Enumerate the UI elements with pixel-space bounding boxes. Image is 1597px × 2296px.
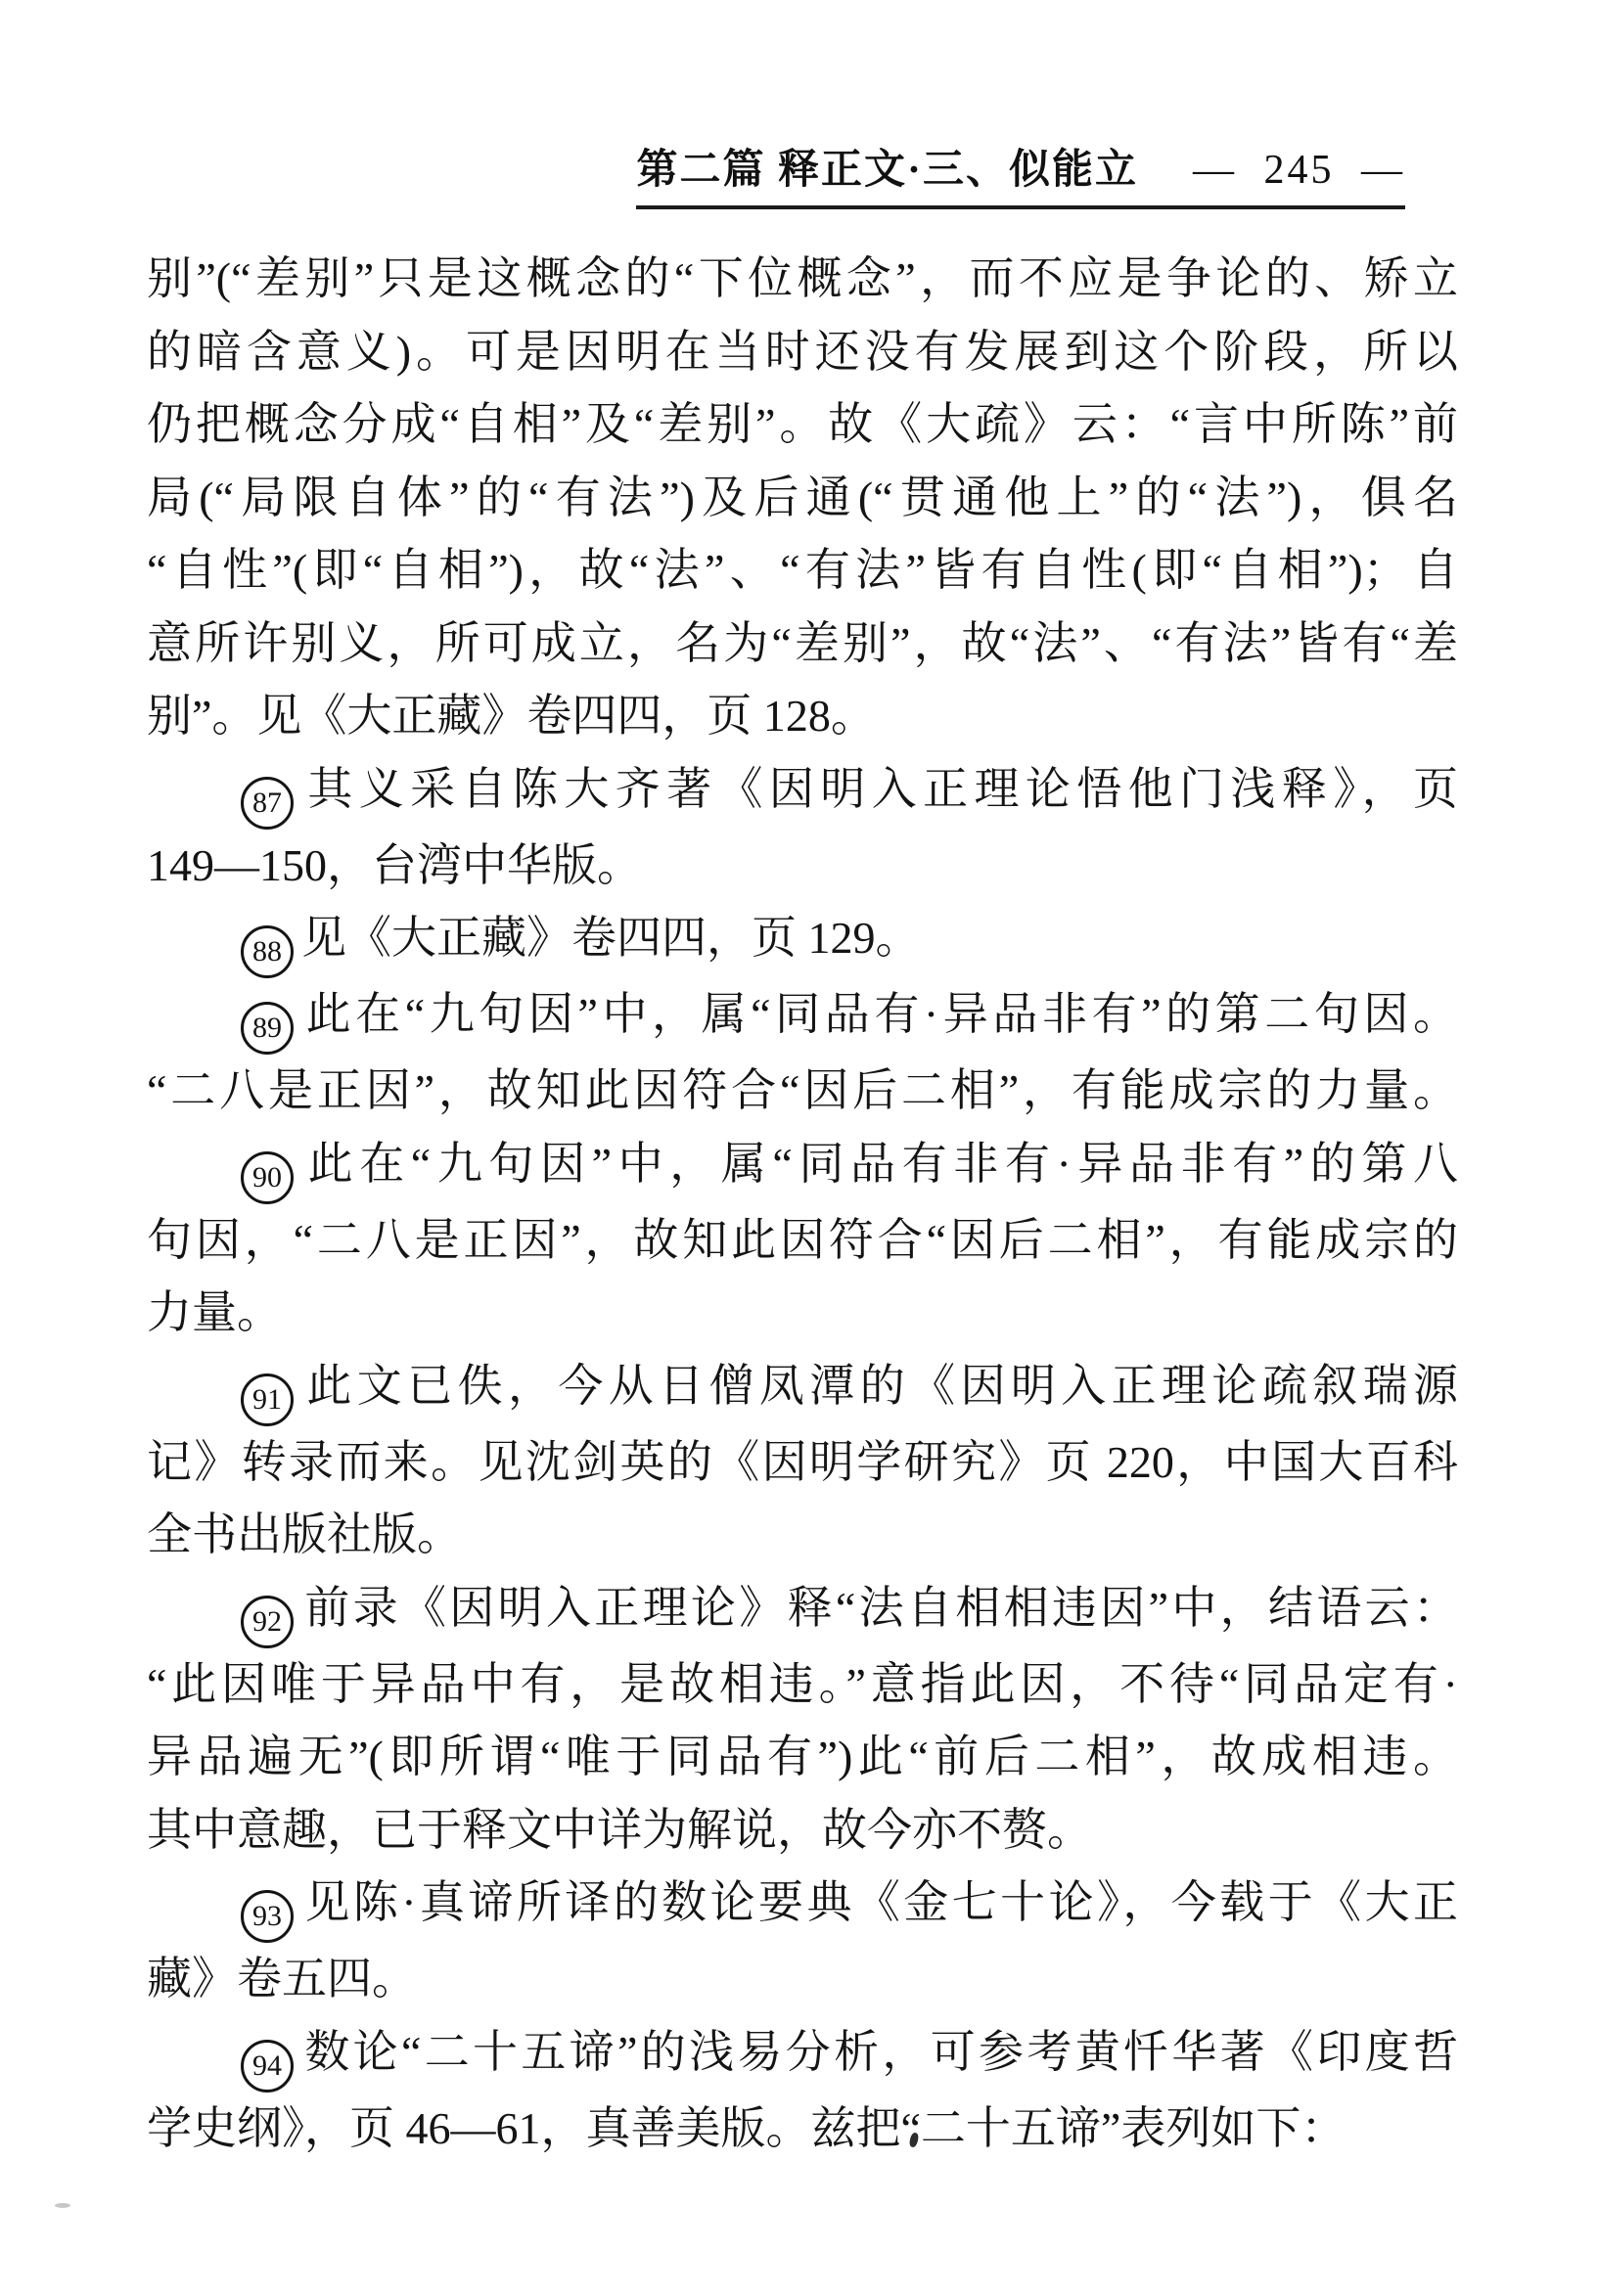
footnote-text: 见《大正藏》卷四四，页 129。 [301,913,921,963]
footnote-number: 93 [241,1890,294,1943]
footnote-text: 前录《因明入正理论》释“法自相相违因”中，结语云： [301,1583,1458,1633]
text-line: 其中意趣，已于释文中详为解说，故今亦不赘。 [147,1794,1458,1868]
footnote-line: 91此文已佚，今从日僧凤潭的《因明入正理论疏叙瑞源 [147,1350,1458,1426]
footnote-line: 90此在“九句因”中，属“同品有非有·异品非有”的第八 [147,1128,1458,1204]
footnote-text: 此在“九句因”中，属“同品有非有·异品非有”的第八 [301,1139,1458,1189]
footnote-text: 此在“九句因”中，属“同品有·异品非有”的第二句因。 [301,989,1458,1039]
footnote-line: 92前录《因明入正理论》释“法自相相违因”中，结语云： [147,1572,1458,1648]
text-line: 记》转录而来。见沈剑英的《因明学研究》页 220，中国大百科 [147,1426,1458,1500]
page-number: — 245 — [1193,148,1405,193]
text-line: 句因，“二八是正因”，故知此因符合“因后二相”，有能成宗的 [147,1204,1458,1278]
footnote-line: 89此在“九句因”中，属“同品有·异品非有”的第二句因。 [147,978,1458,1055]
page-header: 第二篇 释正文·三、似能立— 245 — [636,147,1405,209]
footnote-line: 87其义采自陈大齐著《因明入正理论悟他门浅释》，页 [147,753,1458,830]
text-line: 别”(“差别”只是这概念的“下位概念”，而不应是争论的、矫立 [147,243,1458,316]
footnote-text: 见陈·真谛所译的数论要典《金七十论》，今载于《大正 [301,1877,1458,1927]
text-line: 异品遍无”(即所谓“唯于同品有”)此“前后二相”，故成相违。 [147,1721,1458,1794]
footnote-number: 89 [241,1002,294,1055]
header-title: 第二篇 释正文·三、似能立 [636,148,1138,193]
text-line: 的暗含意义)。可是因明在当时还没有发展到这个阶段，所以 [147,316,1458,389]
text-line: “此因唯于异品中有，是故相违。”意指此因，不待“同品定有· [147,1648,1458,1722]
faint-scan-mark [55,2203,70,2208]
body-text: 别”(“差别”只是这概念的“下位概念”，而不应是争论的、矫立 的暗含意义)。可是… [147,243,1458,2165]
text-line: 意所许别义，所可成立，名为“差别”，故“法”、“有法”皆有“差 [147,608,1458,681]
footnote-line: 93见陈·真谛所译的数论要典《金七十论》，今载于《大正 [147,1867,1458,1943]
text-line: “二八是正因”，故知此因符合“因后二相”，有能成宗的力量。 [147,1055,1458,1128]
text-line: 别”。见《大正藏》卷四四，页 128。 [147,680,1458,753]
text-line: 全书出版社版。 [147,1499,1458,1572]
footnote-number: 94 [241,2040,294,2093]
footnote-text: 其义采自陈大齐著《因明入正理论悟他门浅释》，页 [301,764,1458,814]
book-page: 第二篇 释正文·三、似能立— 245 — 别”(“差别”只是这概念的“下位概念”… [0,0,1597,2296]
text-line: 学史纲》，页 46—61，真善美版。兹把“二十五谛”表列如下： [147,2093,1458,2166]
footnote-text: 此文已佚，今从日僧凤潭的《因明入正理论疏叙瑞源 [301,1361,1458,1411]
footnote-text: 数论“二十五谛”的浅易分析，可参考黄忏华著《印度哲 [301,2027,1458,2077]
text-line: 仍把概念分成“自相”及“差别”。故《大疏》云：“言中所陈”前 [147,388,1458,462]
footnote-number: 87 [241,777,294,830]
footnote-line: 88见《大正藏》卷四四，页 129。 [147,902,1458,978]
text-line: 力量。 [147,1277,1458,1350]
footnote-number: 90 [241,1151,294,1204]
footnote-line: 94数论“二十五谛”的浅易分析，可参考黄忏华著《印度哲 [147,2016,1458,2093]
text-line: “自性”(即“自相”)，故“法”、“有法”皆有自性(即“自相”)；自 [147,534,1458,608]
text-line: 149—150，台湾中华版。 [147,830,1458,903]
footnote-number: 91 [241,1373,294,1426]
footnote-number: 88 [241,925,294,978]
footnote-number: 92 [241,1596,294,1648]
text-line: 局(“局限自体”的“有法”)及后通(“贯通他上”的“法”)，俱名 [147,462,1458,535]
text-line: 藏》卷五四。 [147,1943,1458,2016]
